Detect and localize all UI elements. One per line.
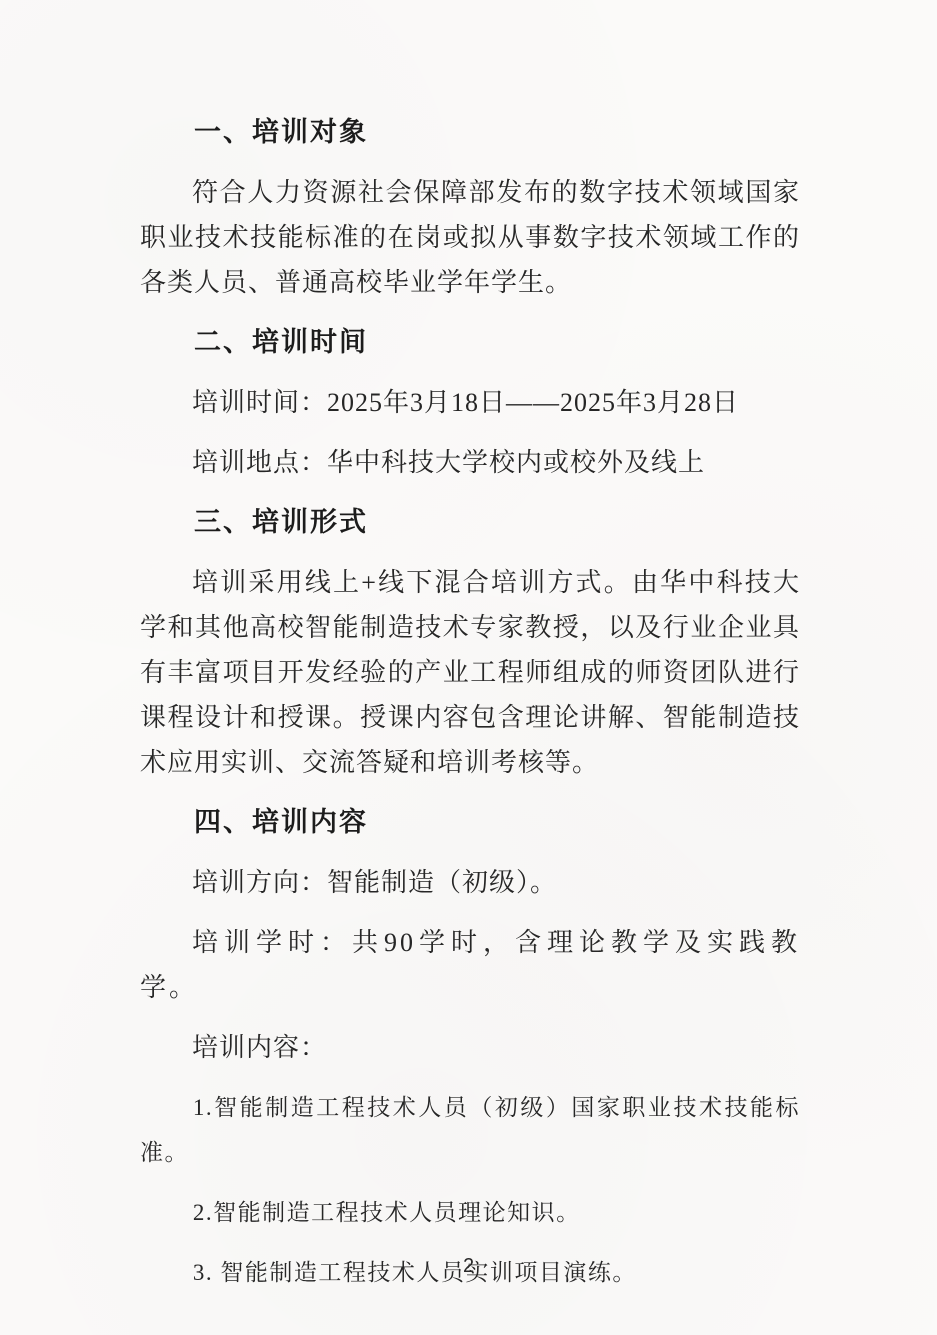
document-page: 一、培训对象 符合人力资源社会保障部发布的数字技术领域国家职业技术技能标准的在岗… <box>0 0 937 1335</box>
paragraph-training-time: 培训时间：2025年3月18日——2025年3月28日 <box>140 380 800 425</box>
list-item-2: 2.智能制造工程技术人员理论知识。 <box>140 1190 800 1235</box>
paragraph-training-format: 培训采用线上+线下混合培训方式。由华中科技大学和其他高校智能制造技术专家教授，以… <box>140 560 800 785</box>
paragraph-training-content-label: 培训内容： <box>140 1025 800 1070</box>
section-heading-training-target: 一、培训对象 <box>140 110 800 155</box>
page-number: 2 <box>0 1255 937 1278</box>
section-training-content: 四、培训内容 培训方向：智能制造（初级）。 培训学时：共90学时，含理论教学及实… <box>140 800 800 1295</box>
paragraph-training-direction: 培训方向：智能制造（初级）。 <box>140 860 800 905</box>
list-item-1: 1.智能制造工程技术人员（初级）国家职业技术技能标准。 <box>140 1085 800 1175</box>
paragraph-training-target: 符合人力资源社会保障部发布的数字技术领域国家职业技术技能标准的在岗或拟从事数字技… <box>140 170 800 305</box>
section-heading-training-time: 二、培训时间 <box>140 320 800 365</box>
paragraph-training-location: 培训地点：华中科技大学校内或校外及线上 <box>140 440 800 485</box>
section-training-time: 二、培训时间 培训时间：2025年3月18日——2025年3月28日 培训地点：… <box>140 320 800 485</box>
document-content: 一、培训对象 符合人力资源社会保障部发布的数字技术领域国家职业技术技能标准的在岗… <box>0 0 937 1295</box>
paragraph-training-hours: 培训学时：共90学时，含理论教学及实践教学。 <box>140 920 800 1010</box>
section-training-target: 一、培训对象 符合人力资源社会保障部发布的数字技术领域国家职业技术技能标准的在岗… <box>140 110 800 305</box>
section-heading-training-format: 三、培训形式 <box>140 500 800 545</box>
section-training-format: 三、培训形式 培训采用线上+线下混合培训方式。由华中科技大学和其他高校智能制造技… <box>140 500 800 785</box>
section-heading-training-content: 四、培训内容 <box>140 800 800 845</box>
